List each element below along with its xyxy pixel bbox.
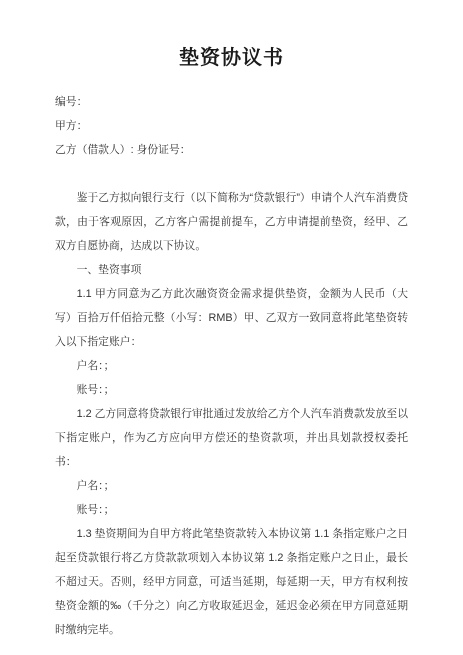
clause-1-1: 1.1 甲方同意为乙方此次融资资金需求提供垫资，金额为人民币（大写）百拾万仟佰拾… <box>55 282 408 354</box>
field-party-a: 甲方： <box>55 114 408 138</box>
document-title: 垫资协议书 <box>55 44 408 72</box>
field-contract-number: 编号： <box>55 90 408 114</box>
clause-1-2: 1.2 乙方同意将贷款银行审批通过发放给乙方个人汽车消费款发放至以下指定账户，作… <box>55 402 408 474</box>
section-1-heading: 一、垫资事项 <box>55 258 408 282</box>
clause-1-3: 1.3 垫资期间为自甲方将此笔垫资款转入本协议第 1.1 条指定账户之日起至贷款… <box>55 522 408 642</box>
document-page: 垫资协议书 编号： 甲方： 乙方（借款人）: 身份证号： 鉴于乙方拟向银行支行（… <box>0 0 463 655</box>
account-1-number: 账号：； <box>55 378 408 402</box>
account-1-name: 户名：； <box>55 354 408 378</box>
spacer <box>55 162 408 186</box>
field-party-b-id: 乙方（借款人）: 身份证号： <box>55 138 408 162</box>
account-2-number: 账号：； <box>55 498 408 522</box>
account-2-name: 户名：； <box>55 474 408 498</box>
preamble-paragraph: 鉴于乙方拟向银行支行（以下简称为“贷款银行”）申请个人汽车消费贷款，由于客观原因… <box>55 186 408 258</box>
